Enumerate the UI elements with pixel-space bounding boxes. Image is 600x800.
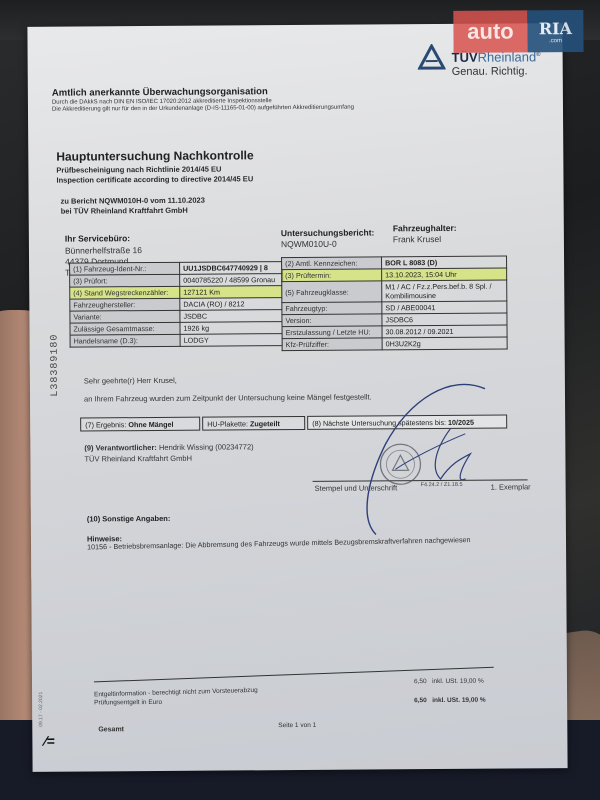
field-value: 0040785220 / 48599 Gronau (180, 274, 283, 287)
field-value: JSDBC6 (382, 313, 507, 326)
fee-info: Entgeltinformation - berechtigt nicht zu… (94, 687, 258, 699)
badge-box: HU-Plakette: Zugeteilt (202, 416, 305, 431)
report-issuer: bei TÜV Rheinland Kraftfahrt GmbH (61, 206, 188, 216)
organisation-title: Amtlich anerkannte Überwachungsorganisat… (52, 86, 268, 99)
autoria-watermark: auto RIA .com (453, 10, 583, 53)
field-value: M1 / AC / Fz.z.Pers.bef.b. 8 Spl. / Komb… (382, 280, 507, 302)
field-label: (3) Prüftermin: (282, 269, 382, 282)
field-value: DACIA (RO) / 8212 (180, 298, 283, 311)
letter-greeting: Sehr geehrte(r) Herr Krusel, (84, 376, 177, 386)
vehicle-data-table-left: (1) Fahrzeug-Ident-Nr.:UU1JSDBC647740929… (69, 261, 284, 347)
corner-mark: ⁄= (44, 733, 55, 749)
table-row: Kfz-Prüfziffer:0H3U2K2g (282, 337, 507, 351)
hint-text: 10156 - Betriebsbremsanlage: Die Abbrems… (87, 535, 471, 551)
serial-number: L38389180 (50, 334, 61, 397)
field-value: SD / ABE00041 (382, 301, 507, 314)
badge-value: Zugeteilt (250, 419, 280, 428)
field-value: BOR L 8083 (D) (382, 256, 507, 269)
document-title: Hauptuntersuchung Nachkontrolle (56, 148, 253, 163)
letter-body: an Ihrem Fahrzeug wurden zum Zeitpunkt d… (84, 392, 372, 403)
table-row: (5) Fahrzeugklasse:M1 / AC / Fz.z.Pers.b… (282, 280, 507, 303)
field-value: 13.10.2023, 15:04 Uhr (382, 268, 507, 281)
service-office-label: Ihr Servicebüro: (65, 233, 130, 243)
field-label: Variante: (70, 310, 180, 323)
tuv-triangle-icon (418, 44, 446, 70)
field-label: (2) Amtl. Kennzeichen: (282, 257, 382, 270)
field-value: UU1JSDBC647740929 | 8 (180, 262, 283, 275)
vehicle-owner-label: Fahrzeughalter: (393, 223, 457, 233)
field-value: LODGY (180, 334, 283, 347)
field-value: 0H3U2K2g (382, 337, 507, 350)
fee-total-amount: 6,50 inkl. USt. 19,00 % (414, 697, 486, 704)
fee-label: Prüfungsentgelt in Euro (94, 699, 162, 706)
result-label: (7) Ergebnis: (85, 420, 126, 429)
field-label: (4) Stand Wegstreckenzähler: (70, 286, 180, 299)
field-label: (1) Fahrzeug-Ident-Nr.: (70, 262, 180, 275)
field-value: 1926 kg (180, 322, 283, 335)
total-label: Gesamt (98, 726, 124, 733)
vehicle-owner-value: Frank Krusel (393, 234, 441, 244)
brand-slogan: Genau. Richtig. (452, 65, 528, 78)
next-inspection-label: (8) Nächste Untersuchung spätestens bis: (312, 418, 446, 428)
field-label: Handelsname (D.3): (70, 334, 180, 347)
next-inspection-value: 10/2025 (448, 418, 474, 427)
field-label: Erstzulassung / Letzte HU: (282, 326, 382, 339)
copy-number: 1. Exemplar (491, 482, 531, 491)
responsible-person: (9) Verantwortlicher: Hendrik Wissing (0… (84, 442, 253, 452)
service-office-street: Bünnerhelfstraße 16 (65, 245, 142, 256)
watermark-auto: auto (453, 10, 527, 53)
next-inspection-box: (8) Nächste Untersuchung spätestens bis:… (307, 415, 507, 430)
stamp-icon (380, 444, 420, 484)
document-subtitle-en: Inspection certificate according to dire… (56, 174, 253, 184)
result-value: Ohne Mängel (128, 420, 173, 429)
field-label: (3) Prüfort: (70, 274, 180, 287)
report-reference: zu Bericht NQWM010H-0 vom 11.10.2023 (61, 196, 205, 206)
form-code: F4.24.2 / Z1.18.5 (421, 482, 463, 488)
field-label: Version: (282, 314, 382, 327)
field-label: Kfz-Prüfziffer: (282, 338, 382, 351)
responsible-company: TÜV Rheinland Kraftfahrt GmbH (84, 454, 192, 464)
field-value: 30.08.2012 / 09.2021 (382, 325, 507, 338)
page-number: Seite 1 von 1 (278, 722, 316, 729)
field-value: 127121 Km (180, 286, 283, 299)
field-label: Fahrzeughersteller: (70, 298, 180, 311)
field-label: (5) Fahrzeugklasse: (282, 281, 382, 303)
inspection-report-label: Untersuchungsbericht: (281, 227, 375, 238)
margin-code: 09.17 - 02.2021 (38, 692, 44, 727)
responsible-name: Hendrik Wissing (00234772) (159, 442, 254, 452)
fee-amount-line: 6,50 inkl. USt. 19,00 % (414, 678, 484, 685)
organisation-line: Die Akkreditierung gilt nur für den in d… (52, 105, 354, 113)
inspection-certificate-document: TÜVRheinland® Genau. Richtig. Amtlich an… (27, 23, 567, 772)
field-label: Zulässige Gesamtmasse: (70, 322, 180, 335)
result-row: (7) Ergebnis: Ohne Mängel HU-Plakette: Z… (80, 415, 507, 432)
vehicle-data-table-right: (2) Amtl. Kennzeichen:BOR L 8083 (D)(3) … (281, 256, 508, 352)
inspection-report-value: NQWM010U-0 (281, 239, 337, 249)
responsible-label: (9) Verantwortlicher: (84, 443, 157, 453)
document-subtitle-de: Prüfbescheinigung nach Richtlinie 2014/4… (56, 165, 221, 175)
field-label: Fahrzeugtyp: (282, 302, 382, 315)
signature-label: Stempel und Unterschrift (315, 483, 398, 493)
other-info-label: (10) Sonstige Angaben: (87, 514, 171, 524)
field-value: JSDBC (180, 310, 283, 323)
badge-label: HU-Plakette: (207, 419, 248, 428)
table-row: Handelsname (D.3):LODGY (70, 334, 283, 347)
result-box: (7) Ergebnis: Ohne Mängel (80, 417, 200, 432)
watermark-ria: RIA .com (527, 10, 583, 52)
